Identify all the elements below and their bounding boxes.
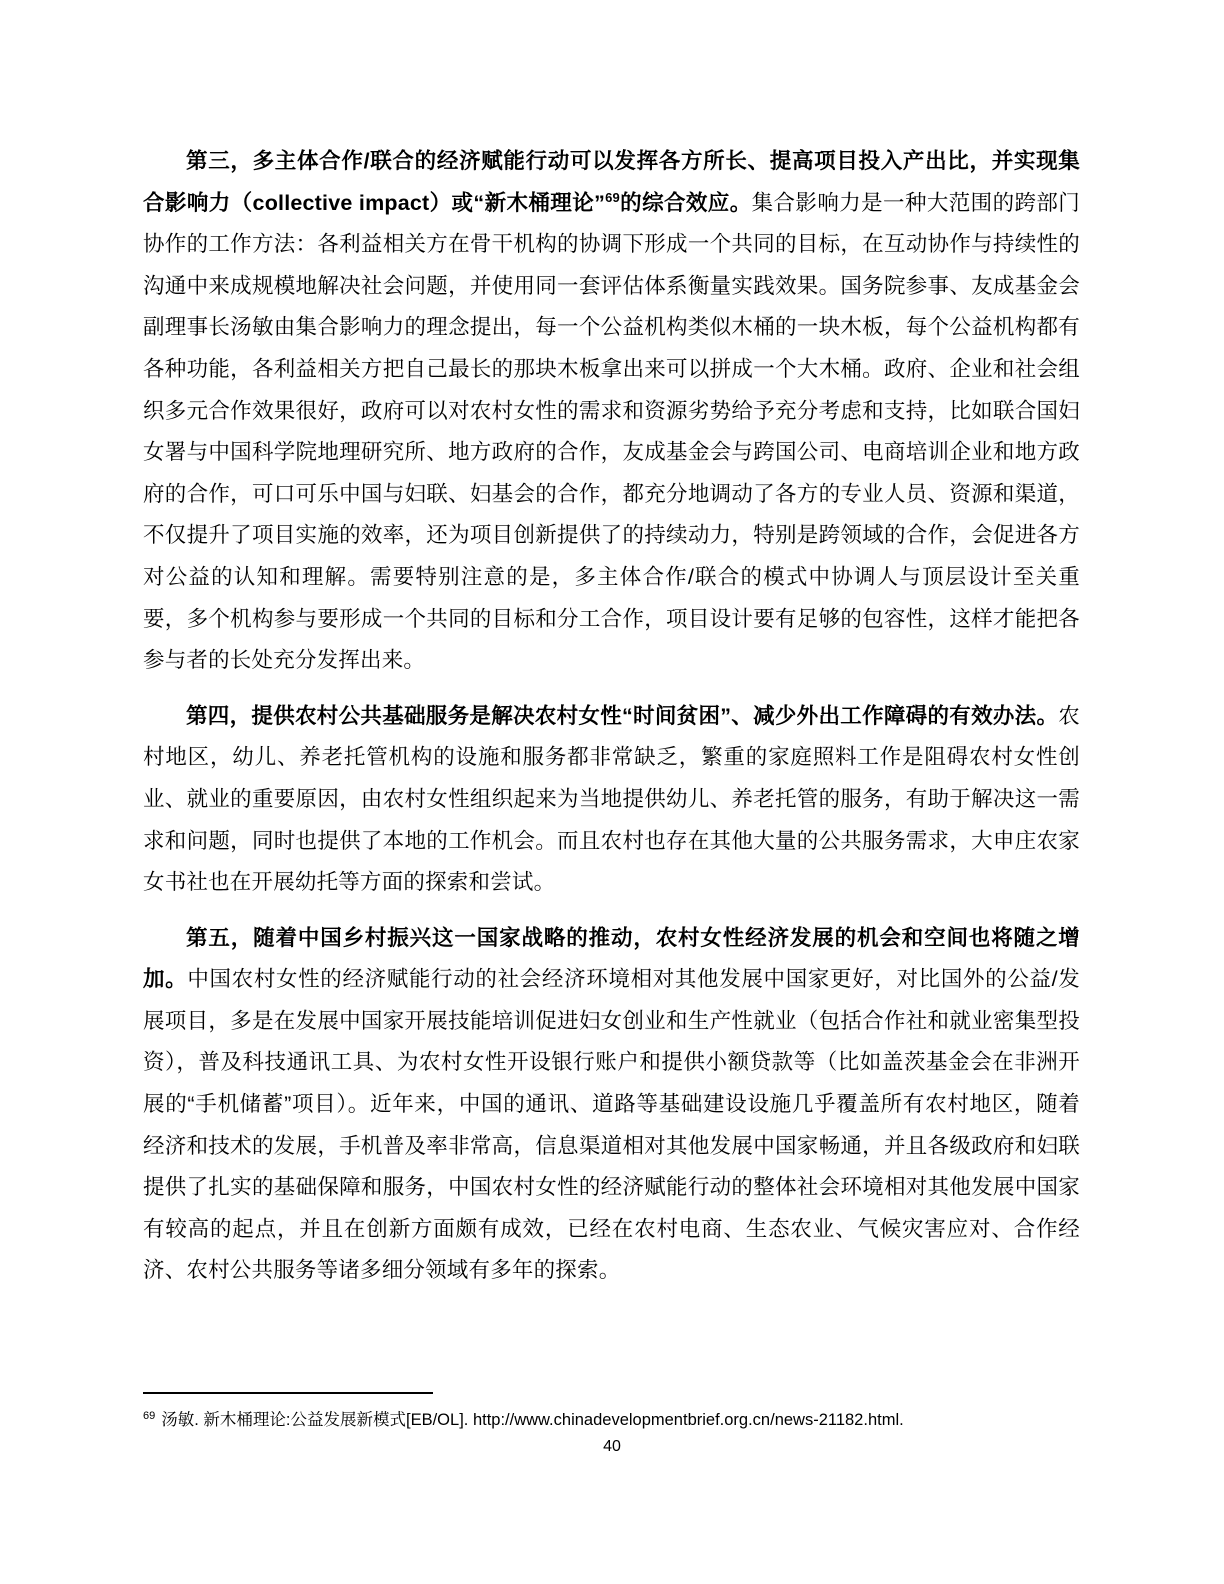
- paragraph: 第四，提供农村公共基础服务是解决农村女性“时间贫困”、减少外出工作障碍的有效办法…: [143, 696, 1080, 904]
- page-number: 40: [0, 1436, 1224, 1458]
- footnote: 69汤敏. 新木桶理论:公益发展新模式[EB/OL]. http://www.c…: [143, 1408, 1080, 1432]
- paragraph: 第三，多主体合作/联合的经济赋能行动可以发挥各方所长、提高项目投入产出比，并实现…: [143, 141, 1080, 682]
- paragraph-bold-lead: 第四，提供农村公共基础服务是解决农村女性“时间贫困”、减少外出工作障碍的有效办法…: [186, 704, 1058, 728]
- document-page: 第三，多主体合作/联合的经济赋能行动可以发挥各方所长、提高项目投入产出比，并实现…: [0, 0, 1224, 1584]
- footnote-reference: 69: [605, 189, 620, 204]
- document-body: 第三，多主体合作/联合的经济赋能行动可以发挥各方所长、提高项目投入产出比，并实现…: [143, 141, 1080, 1306]
- footnote-marker: 69: [143, 1410, 155, 1422]
- paragraph-body-text: 集合影响力是一种大范围的跨部门协作的工作方法：各利益相关方在骨干机构的协调下形成…: [143, 191, 1080, 673]
- footnote-text: 汤敏. 新木桶理论:公益发展新模式[EB/OL]. http://www.chi…: [161, 1411, 903, 1429]
- paragraph: 第五，随着中国乡村振兴这一国家战略的推动，农村女性经济发展的机会和空间也将随之增…: [143, 918, 1080, 1292]
- footnote-separator: [143, 1392, 433, 1394]
- paragraph-body-text: 农村地区，幼儿、养老托管机构的设施和服务都非常缺乏，繁重的家庭照料工作是阻碍农村…: [143, 704, 1080, 894]
- paragraph-body-text: 中国农村女性的经济赋能行动的社会经济环境相对其他发展中国家更好，对比国外的公益/…: [143, 967, 1080, 1282]
- paragraph-bold-tail: 的综合效应。: [620, 191, 752, 215]
